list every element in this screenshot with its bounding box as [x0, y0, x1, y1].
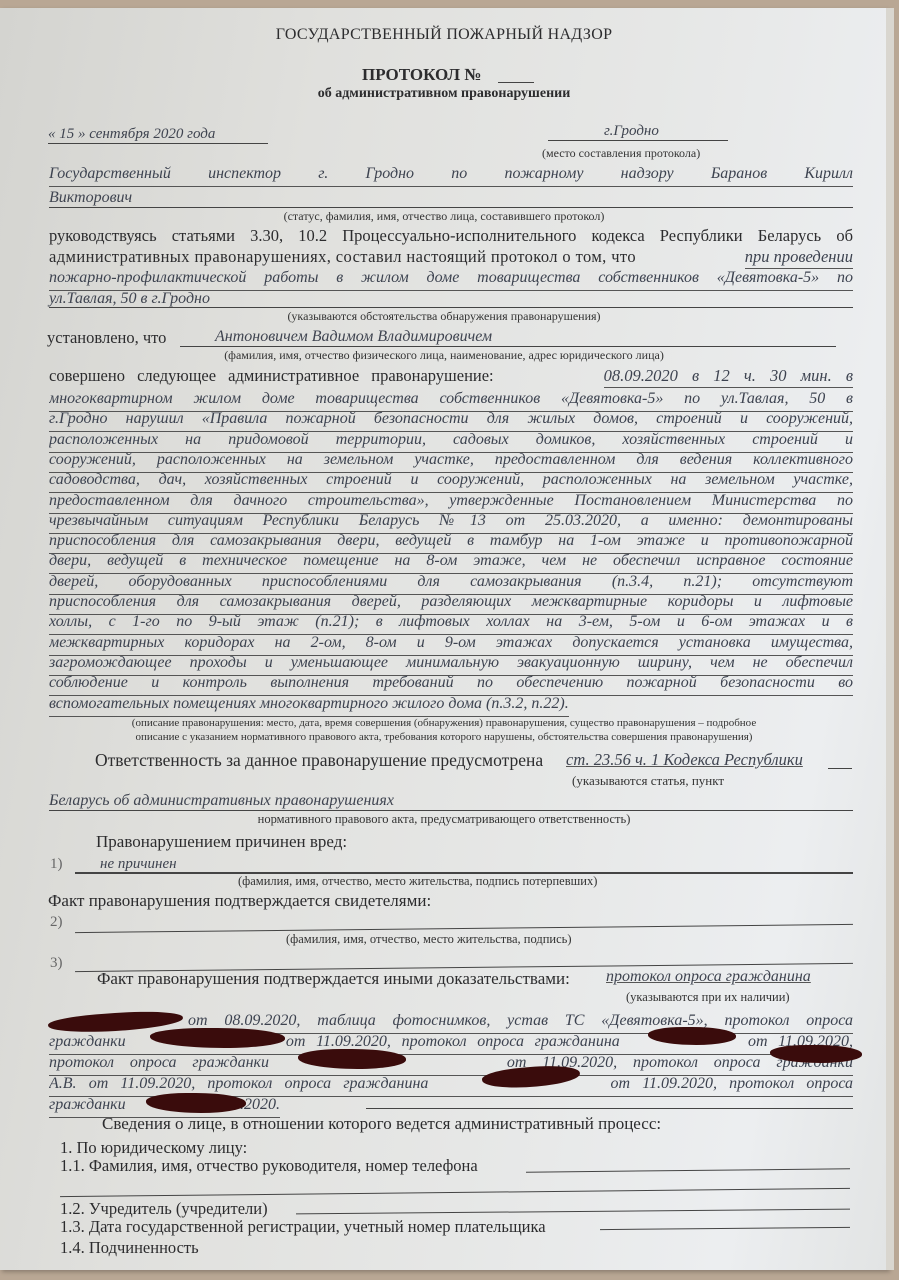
liability-value-2: Беларусь об административных правонаруше…	[49, 792, 394, 810]
basis-line-3: пожарно-профилактической работы в жилом …	[49, 268, 853, 291]
violation-line: вспомогательных помещениях многоквартирн…	[49, 694, 569, 717]
harm-value: не причинен	[100, 856, 177, 873]
protocol-title: ПРОТОКОЛ №	[362, 65, 481, 85]
evidence-line: от 08.09.2020, таблица фотоснимков, уста…	[188, 1011, 853, 1034]
person-info-item-1-3: 1.3. Дата государственной регистрации, у…	[60, 1217, 546, 1237]
date-day: 15	[59, 126, 74, 142]
place-underline	[548, 140, 728, 141]
evidence-line: протокол опроса гражданки от 11.09.2020,…	[49, 1053, 853, 1076]
liability-label: Ответственность за данное правонарушение…	[95, 750, 543, 771]
evidence-value: протокол опроса гражданина	[606, 968, 811, 986]
evidence-underline	[366, 1108, 853, 1109]
basis-line-4: ул.Тавлая, 50 в г.Гродно	[49, 290, 210, 308]
witness-number-2: 2)	[50, 914, 63, 931]
evidence-label: Факт правонарушения подтверждается иными…	[97, 969, 570, 989]
liability-value: ст. 23.56 ч. 1 Кодекса Республики	[566, 750, 803, 770]
established-underline	[180, 346, 836, 347]
date-quote-close: »	[78, 126, 86, 142]
harm-caption: (фамилия, имя, отчество, место жительств…	[238, 874, 597, 889]
inspector-underline	[49, 207, 853, 208]
basis-underline	[49, 307, 853, 308]
inspector-caption: (статус, фамилия, имя, отчество лица, со…	[0, 209, 888, 224]
harm-label: Правонарушением причинен вред:	[96, 832, 347, 852]
place-caption: (место составления протокола)	[542, 146, 700, 161]
harm-number: 1)	[50, 856, 63, 873]
inspector-line-2: Викторович	[49, 189, 132, 207]
protocol-date: « 15 » сентября 2020 года	[48, 126, 215, 143]
evidence-caption: (указываются при их наличии)	[626, 990, 790, 1005]
violation-lead-handwritten: 08.09.2020 в 12 ч. 30 мин. в	[604, 366, 853, 388]
date-month: сентября	[89, 126, 149, 142]
witness-number-3: 3)	[50, 955, 63, 972]
violation-lead-printed: совершено следующее административное пра…	[49, 366, 494, 388]
basis-caption: (указываются обстоятельства обнаружения …	[0, 309, 888, 324]
agency-heading: ГОСУДАРСТВЕННЫЙ ПОЖАРНЫЙ НАДЗОР	[0, 26, 888, 44]
person-info-heading: Сведения о лице, в отношении которого ве…	[102, 1114, 661, 1134]
liability-underline	[49, 810, 853, 811]
place-value: г.Гродно	[604, 123, 659, 140]
liability-caption-2: нормативного правового акта, предусматри…	[0, 812, 888, 827]
basis-line-2-printed: административных правонарушениях, состав…	[49, 247, 636, 269]
established-caption: (фамилия, имя, отчество физического лица…	[0, 348, 888, 363]
witnesses-label: Факт правонарушения подтверждается свиде…	[48, 891, 431, 911]
witness-caption: (фамилия, имя, отчество, место жительств…	[286, 932, 572, 947]
basis-line-2: административных правонарушениях, состав…	[49, 247, 853, 269]
basis-line-2-handwritten: при проведении	[745, 247, 853, 269]
violation-caption-1: (описание правонарушения: место, дата, в…	[0, 717, 888, 729]
inspector-line-1: Государственный инспектор г. Гродно по п…	[49, 164, 853, 187]
basis-line-1: руководствуясь статьями 3.30, 10.2 Проце…	[49, 226, 853, 248]
protocol-subtitle: об административном правонарушении	[0, 86, 888, 102]
person-info-item-1-2: 1.2. Учредитель (учредители)	[60, 1199, 268, 1219]
date-year: 2020 года	[153, 126, 215, 142]
liability-underline-tail	[828, 768, 852, 769]
person-info-item-1-4: 1.4. Подчиненность	[60, 1238, 199, 1258]
violation-lead: совершено следующее административное пра…	[49, 366, 853, 388]
established-label: установлено, что	[47, 328, 166, 348]
established-value: Антоновичем Вадимом Владимировичем	[215, 328, 492, 346]
person-info-item-1: 1. По юридическому лицу:	[60, 1138, 247, 1158]
protocol-number-blank	[498, 82, 534, 83]
date-quote-open: «	[48, 126, 56, 142]
liability-caption-1: (указываются статья, пункт	[572, 773, 724, 789]
date-underline	[48, 143, 268, 144]
violation-caption-2: описание с указанием нормативного правов…	[0, 731, 888, 743]
person-info-item-1-1: 1.1. Фамилия, имя, отчество руководителя…	[60, 1156, 478, 1176]
